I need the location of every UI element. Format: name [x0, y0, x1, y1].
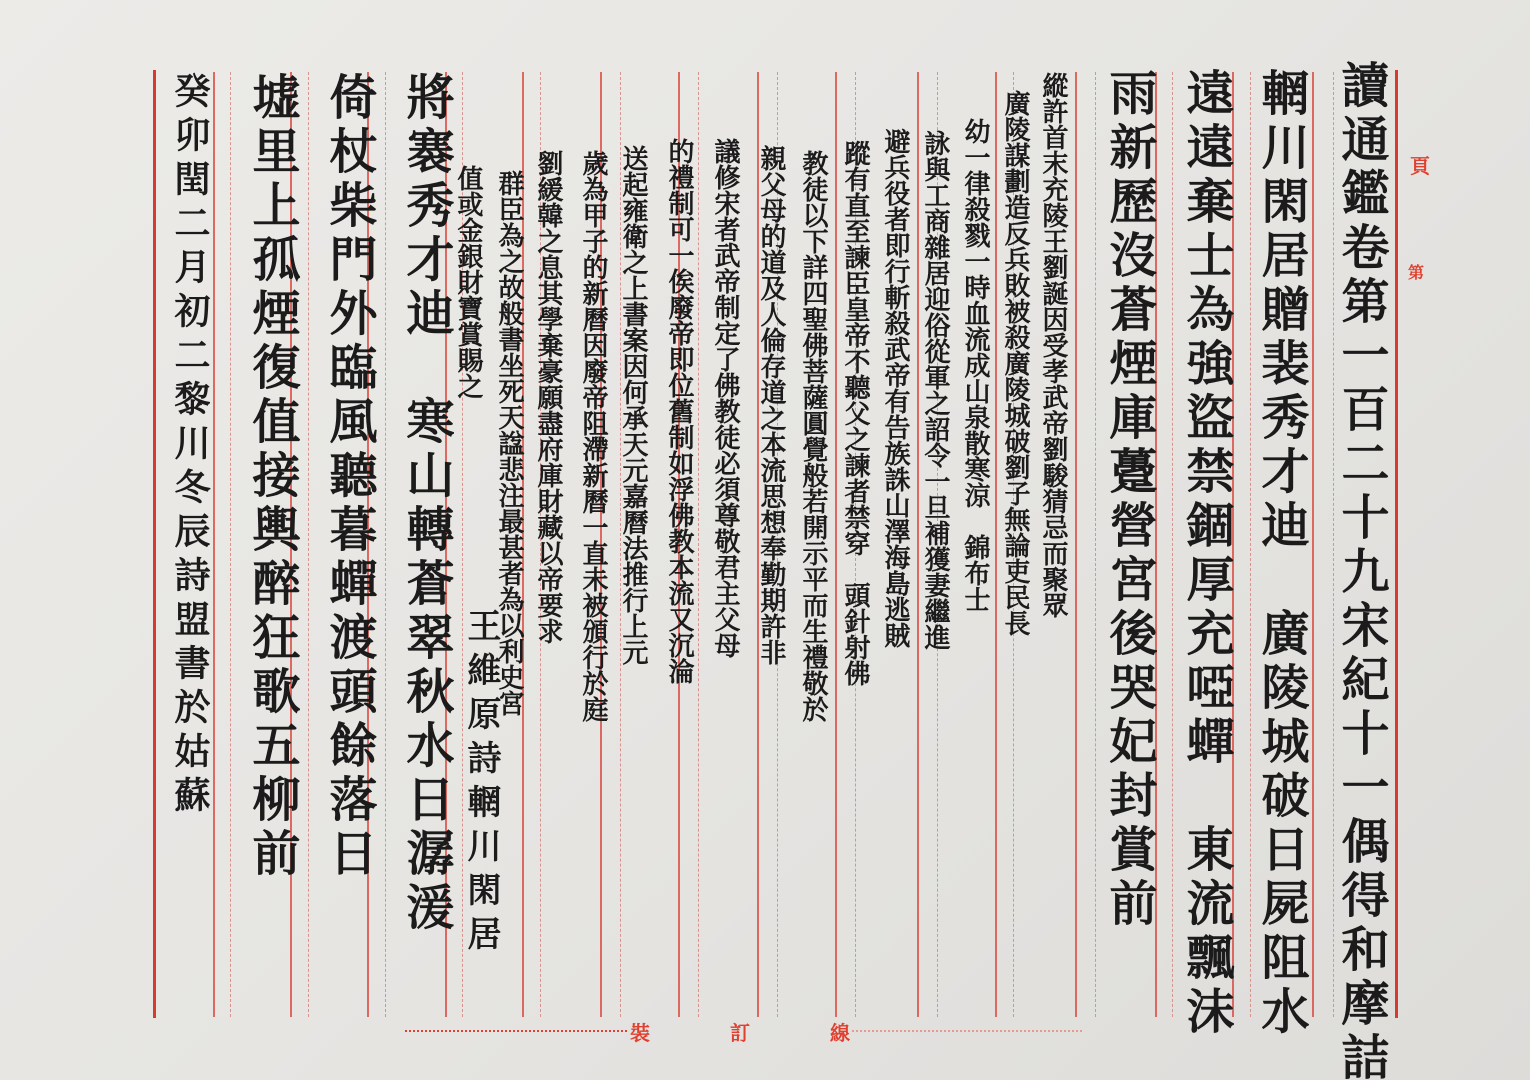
source-attribution: 王維原詩輞川閑居 [464, 608, 498, 960]
text-column-commentary: 幼一律殺戮一時血流成山泉散寒涼 錦布士 [962, 118, 988, 612]
text-column: 雨新歷沒蒼煙庫躉營宮後哭妃封賞前 [1095, 68, 1164, 932]
text-column-commentary: 教徒以下詳四聖佛菩薩圓覺般若開示平而生禮敬於 [800, 150, 826, 722]
poem-column: 墟里上孤煙復值接輿醉狂歌五柳前 [238, 72, 307, 882]
column-rule [835, 72, 837, 1017]
text-column-commentary: 避兵役者即行斬殺武帝有告族誅山澤海島逃賊 [882, 128, 908, 648]
text-column-commentary: 議修宋者武帝制定了佛教徒必須尊敬君主父母 [712, 138, 738, 658]
margin-mark-number: 第 [1408, 260, 1424, 283]
text-column-commentary: 送起雍衛之上書案因何承天元嘉曆法推行上元 [620, 145, 646, 665]
binding-mark: 線 [830, 1017, 850, 1046]
column-rule-dotted [385, 72, 386, 1017]
text-column-commentary: 親父母的道及人倫存道之本流思想奉勤期許非 [758, 145, 784, 665]
binding-line-left [405, 1030, 627, 1032]
left-border-rule [153, 70, 156, 1018]
text-column-commentary: 劉緩韓之息其學棄豪願盡府庫財藏以帝要求 [535, 150, 561, 644]
colophon-signature: 癸卯閏二月初二黎川冬辰詩盟書於姑蘇 [165, 72, 216, 820]
column-rule-dotted [698, 72, 699, 1017]
text-column-commentary: 詠與工商雜居迎俗從軍之詔令一旦補獲妻繼進 [922, 130, 948, 650]
column-rule [995, 72, 997, 1017]
text-column-commentary: 的禮制可一俟廢帝即位舊制如浮佛教本流又沉淪 [666, 138, 692, 684]
manuscript-page: 頁 第 讀通鑑卷第一百二十九宋紀十一偶得和摩詰 輞川閑居贈裴秀才迪 廣陵城破日屍… [0, 0, 1530, 1080]
text-column-commentary: 蹤有直至諫臣皇帝不聽父之諫者禁穿 頭針射佛 [842, 140, 868, 686]
text-column-title: 讀通鑑卷第一百二十九宋紀十一偶得和摩詰 [1327, 60, 1396, 1080]
column-rule [1075, 72, 1077, 1017]
margin-mark-page: 頁 [1410, 150, 1430, 179]
column-rule-dotted [308, 72, 309, 1017]
poem-column: 將褰秀才迪 寒山轉蒼翠秋水日潺湲 [392, 72, 461, 936]
binding-mark: 訂 [730, 1017, 750, 1046]
text-column: 遠遠棄士為強盜禁錮厚充啞蟬 東流飄沫 [1172, 68, 1241, 1040]
text-column-commentary: 廣陵謀劃造反兵敗被殺廣陵城破劉子無論吏民長 [1002, 90, 1028, 636]
poem-column: 倚杖柴門外臨風聽暮蟬渡頭餘落日 [315, 72, 384, 882]
column-rule-dotted [230, 72, 231, 1017]
binding-line-right [852, 1030, 1082, 1032]
column-rule [917, 72, 919, 1017]
text-column: 輞川閑居贈裴秀才迪 廣陵城破日屍阻水 [1247, 68, 1316, 1040]
binding-mark: 裝 [630, 1017, 650, 1046]
text-column-commentary: 縱許首末充陵王劉誕因受孝武帝劉駿猜忌而聚眾 [1040, 72, 1066, 618]
text-column-commentary: 歲為甲子的新曆因廢帝阻滯新曆一直未被頒行於庭 [580, 150, 606, 722]
